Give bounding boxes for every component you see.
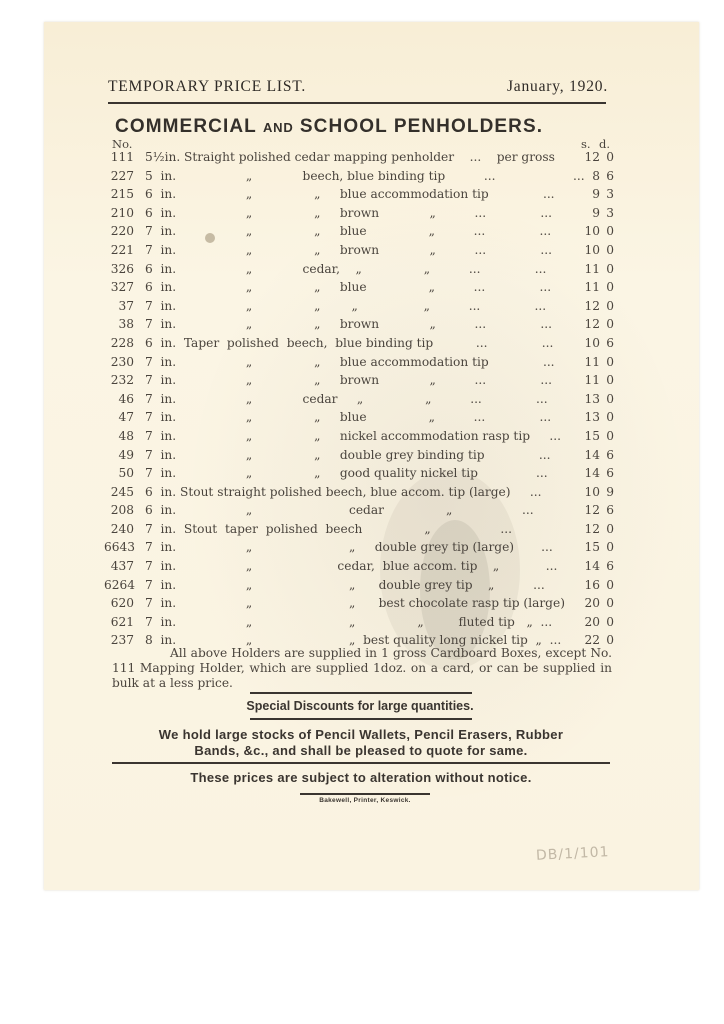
stocks-notice-line2: Bands, &c., and shall be pleased to quot… bbox=[108, 743, 614, 758]
item-description: 7 in. „ „ double grey binding tip ... bbox=[145, 446, 550, 464]
item-description: 7 in. „ „ brown „ ... ... bbox=[145, 241, 552, 259]
item-description: 7 in. „ „ good quality nickel tip ... bbox=[145, 464, 548, 482]
price-shillings: 8 bbox=[578, 167, 600, 185]
price-pence: 0 bbox=[604, 297, 614, 315]
item-description: 7 in. „ „ „ „ ... ... bbox=[145, 297, 546, 315]
item-number: 245 bbox=[104, 483, 134, 501]
price-pence: 6 bbox=[604, 501, 614, 519]
table-row: 2327 in. „ „ brown „ ... ...110 bbox=[108, 371, 614, 390]
item-number: 215 bbox=[104, 185, 134, 203]
section-title: COMMERCIAL AND SCHOOL PENHOLDERS. bbox=[115, 116, 605, 138]
page-header: TEMPORARY PRICE LIST. January, 1920. bbox=[108, 78, 608, 100]
item-description: 5½in. Straight polished cedar mapping pe… bbox=[145, 148, 555, 166]
item-number: 49 bbox=[104, 446, 134, 464]
table-row: 62647 in. „ „ double grey tip „ ...160 bbox=[108, 576, 614, 595]
price-pence: 0 bbox=[604, 148, 614, 166]
table-row: 6217 in. „ „ „ fluted tip „ ...200 bbox=[108, 613, 614, 632]
table-row: 1115½in. Straight polished cedar mapping… bbox=[108, 148, 614, 167]
price-table: 1115½in. Straight polished cedar mapping… bbox=[108, 148, 614, 650]
price-shillings: 12 bbox=[578, 520, 600, 538]
printer-credit: Bakewell, Printer, Keswick. bbox=[300, 797, 430, 804]
header-date: January, 1920. bbox=[507, 78, 608, 96]
price-pence: 3 bbox=[604, 185, 614, 203]
item-number: 620 bbox=[104, 594, 134, 612]
header-title: TEMPORARY PRICE LIST. bbox=[108, 78, 306, 96]
table-row: 66437 in. „ „ double grey tip (large) ..… bbox=[108, 538, 614, 557]
price-shillings: 11 bbox=[578, 353, 600, 371]
price-pence: 0 bbox=[604, 594, 614, 612]
table-row: 3276 in. „ „ blue „ ... ...110 bbox=[108, 278, 614, 297]
item-number: 6264 bbox=[104, 576, 134, 594]
item-description: 7 in. „ „ „ fluted tip „ ... bbox=[145, 613, 552, 631]
item-number: 208 bbox=[104, 501, 134, 519]
item-number: 38 bbox=[104, 315, 134, 333]
table-row: 467 in. „ cedar „ „ ... ...130 bbox=[108, 390, 614, 409]
price-shillings: 11 bbox=[578, 260, 600, 278]
price-shillings: 9 bbox=[578, 204, 600, 222]
price-shillings: 15 bbox=[578, 427, 600, 445]
header-rule bbox=[108, 102, 606, 104]
item-description: 7 in. „ „ brown „ ... ... bbox=[145, 315, 552, 333]
price-shillings: 13 bbox=[578, 390, 600, 408]
item-number: 46 bbox=[104, 390, 134, 408]
price-shillings: 10 bbox=[578, 222, 600, 240]
item-description: 6 in. „ „ blue accommodation tip ... bbox=[145, 185, 555, 203]
price-pence: 6 bbox=[604, 167, 614, 185]
table-row: 2275 in. „ beech, blue binding tip ... .… bbox=[108, 167, 614, 186]
price-pence: 6 bbox=[604, 557, 614, 575]
price-shillings: 20 bbox=[578, 594, 600, 612]
divider-rule bbox=[250, 718, 472, 720]
price-shillings: 12 bbox=[578, 501, 600, 519]
item-number: 111 bbox=[104, 148, 134, 166]
price-pence: 6 bbox=[604, 464, 614, 482]
item-number: 326 bbox=[104, 260, 134, 278]
price-shillings: 12 bbox=[578, 297, 600, 315]
table-row: 487 in. „ „ nickel accommodation rasp ti… bbox=[108, 427, 614, 446]
item-description: 6 in. „ cedar, „ „ ... ... bbox=[145, 260, 546, 278]
item-number: 48 bbox=[104, 427, 134, 445]
divider-rule bbox=[112, 762, 610, 764]
item-number: 50 bbox=[104, 464, 134, 482]
price-shillings: 16 bbox=[578, 576, 600, 594]
table-row: 3266 in. „ cedar, „ „ ... ...110 bbox=[108, 260, 614, 279]
item-description: 7 in. „ cedar „ „ ... ... bbox=[145, 390, 548, 408]
packaging-note-text: All above Holders are supplied in 1 gros… bbox=[112, 646, 612, 690]
price-pence: 9 bbox=[604, 483, 614, 501]
price-shillings: 20 bbox=[578, 613, 600, 631]
table-row: 477 in. „ „ blue „ ... ...130 bbox=[108, 408, 614, 427]
price-shillings: 12 bbox=[578, 148, 600, 166]
item-number: 232 bbox=[104, 371, 134, 389]
item-description: 7 in. „ cedar, blue accom. tip „ ... bbox=[145, 557, 557, 575]
title-part-school-penholders: SCHOOL PENHOLDERS. bbox=[300, 116, 543, 137]
table-row: 2106 in. „ „ brown „ ... ...93 bbox=[108, 204, 614, 223]
price-pence: 0 bbox=[604, 260, 614, 278]
price-pence: 0 bbox=[604, 371, 614, 389]
price-shillings: 12 bbox=[578, 315, 600, 333]
stocks-notice-line1: We hold large stocks of Pencil Wallets, … bbox=[108, 727, 614, 742]
item-number: 220 bbox=[104, 222, 134, 240]
price-pence: 0 bbox=[604, 613, 614, 631]
price-shillings: 10 bbox=[578, 483, 600, 501]
alteration-notice: These prices are subject to alteration w… bbox=[108, 770, 614, 785]
discounts-notice: Special Discounts for large quantities. bbox=[160, 699, 560, 713]
price-pence: 0 bbox=[604, 353, 614, 371]
title-part-commercial: COMMERCIAL bbox=[115, 116, 257, 137]
table-row: 2217 in. „ „ brown „ ... ...100 bbox=[108, 241, 614, 260]
item-description: 7 in. „ „ double grey tip „ ... bbox=[145, 576, 545, 594]
item-description: 7 in. „ „ double grey tip (large) ... bbox=[145, 538, 553, 556]
item-description: 6 in. „ „ brown „ ... ... bbox=[145, 204, 552, 222]
price-pence: 6 bbox=[604, 334, 614, 352]
price-shillings: 14 bbox=[578, 464, 600, 482]
price-shillings: 10 bbox=[578, 334, 600, 352]
price-shillings: 14 bbox=[578, 446, 600, 464]
item-number: 327 bbox=[104, 278, 134, 296]
price-pence: 0 bbox=[604, 408, 614, 426]
title-part-and: AND bbox=[263, 120, 294, 135]
item-description: 7 in. Stout taper polished beech „ ... bbox=[145, 520, 512, 538]
divider-rule bbox=[250, 692, 472, 694]
table-row: 507 in. „ „ good quality nickel tip ...1… bbox=[108, 464, 614, 483]
table-row: 4377 in. „ cedar, blue accom. tip „ ...1… bbox=[108, 557, 614, 576]
item-number: 437 bbox=[104, 557, 134, 575]
price-shillings: 15 bbox=[578, 538, 600, 556]
price-shillings: 11 bbox=[578, 371, 600, 389]
price-shillings: 9 bbox=[578, 185, 600, 203]
price-pence: 0 bbox=[604, 222, 614, 240]
table-row: 6207 in. „ „ best chocolate rasp tip (la… bbox=[108, 594, 614, 613]
price-pence: 0 bbox=[604, 390, 614, 408]
table-row: 2086 in. „ cedar „ ...126 bbox=[108, 501, 614, 520]
item-number: 6643 bbox=[104, 538, 134, 556]
price-shillings: 14 bbox=[578, 557, 600, 575]
item-description: 7 in. „ „ blue „ ... ... bbox=[145, 222, 551, 240]
item-description: 6 in. „ cedar „ ... bbox=[145, 501, 534, 519]
item-number: 37 bbox=[104, 297, 134, 315]
price-shillings: 13 bbox=[578, 408, 600, 426]
price-pence: 3 bbox=[604, 204, 614, 222]
price-pence: 0 bbox=[604, 315, 614, 333]
item-number: 221 bbox=[104, 241, 134, 259]
item-description: 7 in. „ „ brown „ ... ... bbox=[145, 371, 552, 389]
price-pence: 0 bbox=[604, 241, 614, 259]
item-number: 227 bbox=[104, 167, 134, 185]
item-description: 6 in. Taper polished beech, blue binding… bbox=[145, 334, 553, 352]
item-description: 6 in. Stout straight polished beech, blu… bbox=[145, 483, 542, 501]
price-pence: 0 bbox=[604, 576, 614, 594]
item-description: 7 in. „ „ best chocolate rasp tip (large… bbox=[145, 594, 565, 612]
item-number: 210 bbox=[104, 204, 134, 222]
item-number: 228 bbox=[104, 334, 134, 352]
table-row: 377 in. „ „ „ „ ... ...120 bbox=[108, 297, 614, 316]
table-row: 2407 in. Stout taper polished beech „ ..… bbox=[108, 520, 614, 539]
price-pence: 0 bbox=[604, 278, 614, 296]
table-row: 2307 in. „ „ blue accommodation tip ...1… bbox=[108, 353, 614, 372]
price-pence: 6 bbox=[604, 446, 614, 464]
item-description: 6 in. „ „ blue „ ... ... bbox=[145, 278, 551, 296]
price-pence: 0 bbox=[604, 520, 614, 538]
item-number: 230 bbox=[104, 353, 134, 371]
table-row: 2207 in. „ „ blue „ ... ...100 bbox=[108, 222, 614, 241]
item-description: 7 in. „ „ blue accommodation tip ... bbox=[145, 353, 555, 371]
price-shillings: 11 bbox=[578, 278, 600, 296]
price-pence: 0 bbox=[604, 538, 614, 556]
table-row: 387 in. „ „ brown „ ... ...120 bbox=[108, 315, 614, 334]
item-number: 47 bbox=[104, 408, 134, 426]
table-row: 2156 in. „ „ blue accommodation tip ...9… bbox=[108, 185, 614, 204]
item-number: 621 bbox=[104, 613, 134, 631]
item-description: 7 in. „ „ blue „ ... ... bbox=[145, 408, 551, 426]
table-row: 2286 in. Taper polished beech, blue bind… bbox=[108, 334, 614, 353]
price-shillings: 10 bbox=[578, 241, 600, 259]
item-description: 7 in. „ „ nickel accommodation rasp tip … bbox=[145, 427, 561, 445]
item-number: 240 bbox=[104, 520, 134, 538]
table-row: 2456 in. Stout straight polished beech, … bbox=[108, 483, 614, 502]
divider-rule bbox=[300, 793, 430, 795]
price-pence: 0 bbox=[604, 427, 614, 445]
table-row: 497 in. „ „ double grey binding tip ...1… bbox=[108, 446, 614, 465]
item-description: 5 in. „ beech, blue binding tip ... ... bbox=[145, 167, 585, 185]
packaging-note: All above Holders are supplied in 1 gros… bbox=[112, 646, 612, 691]
